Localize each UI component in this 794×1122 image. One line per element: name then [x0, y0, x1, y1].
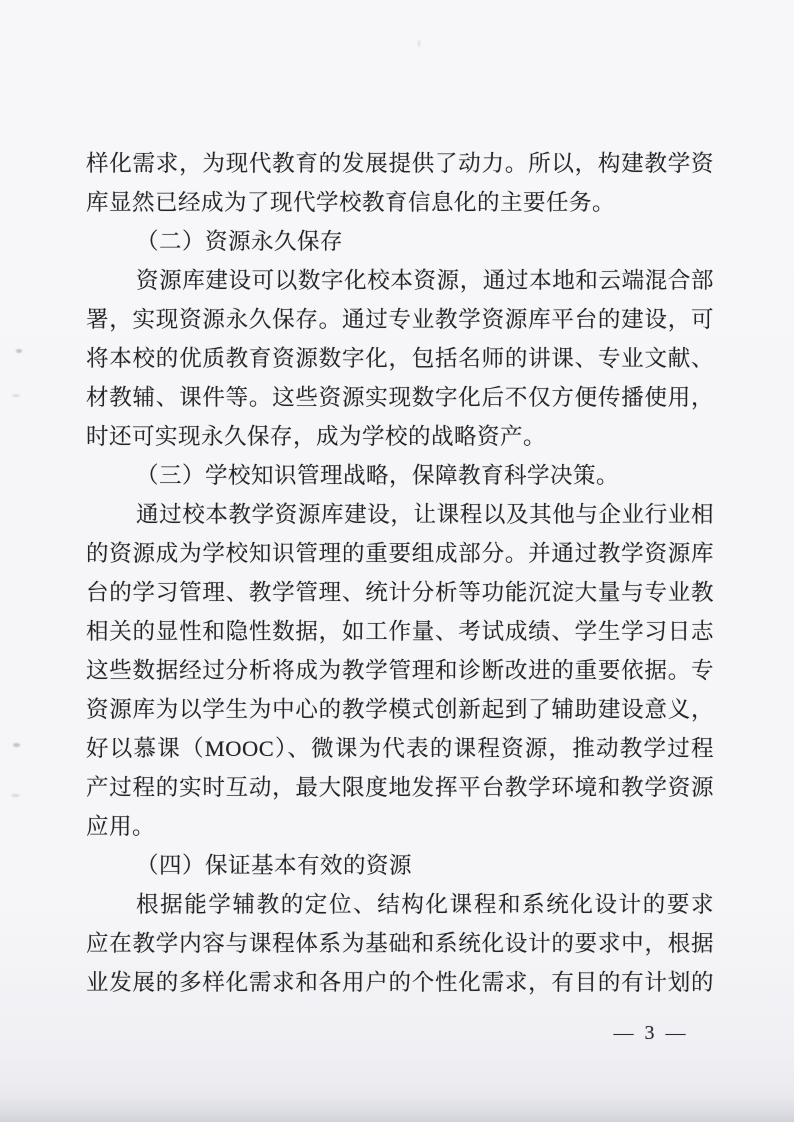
- body-line: 根据能学辅教的定位、结构化课程和系统化设计的要求等，: [86, 885, 714, 924]
- scan-speck: [12, 394, 20, 397]
- body-line: 库显然已经成为了现代学校教育信息化的主要任务。: [86, 183, 714, 222]
- scan-speck: [16, 349, 22, 353]
- body-line: 应用。: [86, 807, 714, 846]
- body-line: 资源库为以学生为中心的教学模式创新起到了辅助建设意义，用: [86, 690, 714, 729]
- body-line: 好以慕课（MOOC）、微课为代表的课程资源，推动教学过程与生: [86, 729, 714, 768]
- scan-speck: [13, 743, 20, 747]
- body-line: 将本校的优质教育资源数字化，包括名师的讲课、专业文献、教: [86, 339, 714, 378]
- scanned-document-page: 样化需求，为现代教育的发展提供了动力。所以，构建教学资源 库显然已经成为了现代学…: [0, 0, 794, 1122]
- body-line: 业发展的多样化需求和各用户的个性化需求，有目的有计划的拓: [86, 963, 714, 1002]
- scan-speck: [418, 40, 420, 47]
- body-line: 署，实现资源永久保存。通过专业教学资源库平台的建设，可以: [86, 300, 714, 339]
- body-line: 相关的显性和隐性数据，如工作量、考试成绩、学生学习日志等，: [86, 612, 714, 651]
- body-line: 资源库建设可以数字化校本资源，通过本地和云端混合部: [86, 261, 714, 300]
- scan-edge-shadow: [0, 1096, 794, 1122]
- body-line: 这些数据经过分析将成为教学管理和诊断改进的重要依据。专业: [86, 651, 714, 690]
- body-line: 台的学习管理、教学管理、统计分析等功能沉淀大量与专业教学: [86, 573, 714, 612]
- body-line: 的资源成为学校知识管理的重要组成部分。并通过教学资源库平: [86, 534, 714, 573]
- page-number: — 3 —: [596, 1018, 706, 1048]
- body-line: 产过程的实时互动，最大限度地发挥平台教学环境和教学资源的: [86, 768, 714, 807]
- body-line: 时还可实现永久保存，成为学校的战略资产。: [86, 417, 714, 456]
- section-heading: （四）保证基本有效的资源: [86, 846, 714, 885]
- section-heading: （三）学校知识管理战略，保障教育科学决策。: [86, 456, 714, 495]
- body-line: 通过校本教学资源库建设，让课程以及其他与企业行业相关: [86, 495, 714, 534]
- body-line: 样化需求，为现代教育的发展提供了动力。所以，构建教学资源: [86, 144, 714, 183]
- body-line: 应在教学内容与课程体系为基础和系统化设计的要求中，根据产: [86, 924, 714, 963]
- document-body: 样化需求，为现代教育的发展提供了动力。所以，构建教学资源 库显然已经成为了现代学…: [86, 144, 714, 1002]
- body-line: 材教辅、课件等。这些资源实现数字化后不仅方便传播使用，同: [86, 378, 714, 417]
- section-heading: （二）资源永久保存: [86, 222, 714, 261]
- scan-speck: [11, 794, 20, 797]
